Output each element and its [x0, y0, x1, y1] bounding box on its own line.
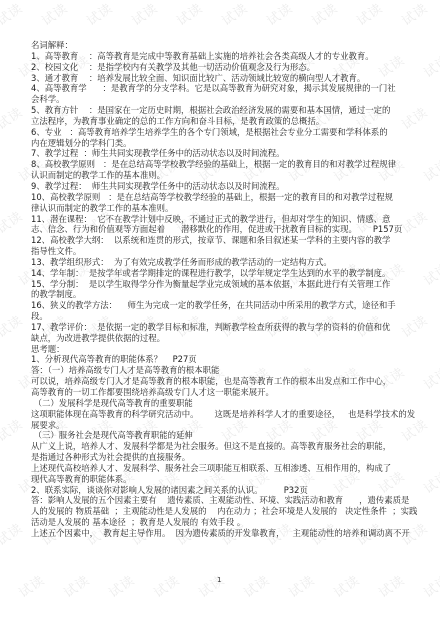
watermark-text: 试读 — [0, 518, 26, 550]
document-line: 高等教育的一切工作都要围绕培养高级专门人才这一职能来展开。 — [31, 387, 411, 398]
document-line: 1、高等教育 ：高等教育是完成中等教育基础上实施的培养社会各类高级人才的专业教育… — [31, 51, 411, 62]
document-line: 6、专业 ：高等教育培养学生培养学生的各个专门领域，是根据社会专业分工需要和学科… — [31, 127, 411, 138]
watermark-text: 试读 — [0, 310, 26, 342]
watermark-text: 试读 — [0, 0, 26, 29]
watermark-text: 试读 — [104, 570, 138, 602]
watermark-text: 试读 — [307, 0, 341, 29]
document-line: 11、潜在课程： 它不在教学计划中反映，不通过正式的教学进行，但却对学生的知识、… — [31, 214, 411, 225]
document-line: 答：（一）培养高级专门人才是高等教育的根本职能 — [31, 365, 411, 376]
watermark-text: 试读 — [262, 0, 296, 29]
document-line: 13、教学组织形式： 为了有效完成教学任务而形成的教学活动的一定结构方式。 — [31, 257, 411, 268]
document-line: 14、学年制： 是按学年或者学期排定的课程进行教学，以学年规定学生达到的水平的教… — [31, 268, 411, 279]
watermark-text: 试读 — [14, 570, 48, 602]
page-number: 1 — [217, 576, 221, 584]
document-line: 上述现代高校培养人才、发展科学、服务社会三项职能互相联系、互相渗透、互相作用的，… — [31, 463, 411, 474]
document-line: 12、高校教学大纲： 以系统和连贯的形式，按章节、课题和条目叙述某一学科的主要内… — [31, 235, 411, 246]
watermark-text: 试读 — [0, 102, 26, 134]
document-line: 5、教育方针 ：是国家在一定历史时期，根据社会政治经济发展的需要和基本国情，通过… — [31, 105, 411, 116]
watermark-text: 试读 — [127, 0, 161, 29]
document-line: 答：影响人发展的五个因素主要有 遗传素质、主观能动性、环境、实践活动和教育 ，遗… — [31, 495, 411, 506]
document-line: 2、校园文化 ：是指学校内有关教学及其他一切活动价值观念及行为形态。 — [31, 62, 411, 73]
document-line: 15、学分制： 是以学生取得学分作为衡量起学业完成领域的基本依据，本据此进行有关… — [31, 279, 411, 290]
document-line: 上述五个因素中， 教育起主导作用。 因为遗传素质的开发靠教育， 主观能动性的培养… — [31, 528, 411, 539]
document-line: 律认识而制定的教学工作的基本准则。 — [31, 203, 411, 214]
document-line: 从广义上说，培养人才、发展科学都是为社会服务。但这不是直接的。高等教育服务社会的… — [31, 441, 411, 452]
document-line: 人的发展的 物质基础 ；主观能动性是人发展的 内在动力 ；社会环境是人发展的 决… — [31, 506, 411, 517]
document-line: 活动是人发展的 基本途径 ；教育是人发展的 有效手段 。 — [31, 517, 411, 528]
document-line: （二）发展科学是现代高等教育的重要职能 — [31, 398, 411, 409]
document-line: 指导性文件。 — [31, 246, 411, 257]
document-line: 8、高校教学原则 ：是在总结高等学校教学经验的基础上，根据一定的教育目的和对教学… — [31, 159, 411, 170]
watermark-text: 试读 — [374, 570, 408, 602]
document-line: 17、教学评价： 是依据一定的教学目标和标准，判断教学检查所获得的教与学的资料的… — [31, 322, 411, 333]
watermark-text: 试读 — [194, 570, 228, 602]
watermark-text: 试读 — [0, 206, 26, 238]
document-line: 段。 — [31, 311, 411, 322]
document-line: 思考题： — [31, 344, 411, 355]
document-line: 10、高校教学原则 ：是在总结高等学校教学经验的基础上，根据一定的教育目的和对教… — [31, 192, 411, 203]
watermark-text: 试读 — [217, 0, 251, 29]
document-line: 是指通过各种形式为社会提供的直接服务。 — [31, 452, 411, 463]
document-line: 这项职能体现在高等教育的科学研究活动中。 这既是培养科学人才的重要途径， 也是科… — [31, 409, 411, 420]
watermark-text: 试读 — [419, 154, 440, 186]
watermark-text: 试读 — [37, 0, 71, 29]
document-line: 3、通才教育 ：培养发展比较全面、知识面比较广、活动领域比较宽的横向型人才教育。 — [31, 73, 411, 84]
document-line: 认识而制定的教学工作的基本准则。 — [31, 170, 411, 181]
document-line: 2、联系实际，谈谈你对影响人发展的诸因素之间关系的认识。 P32页 — [31, 485, 411, 496]
watermark-text: 试读 — [149, 570, 183, 602]
document-line: 现代高等教育的职能体系。 — [31, 474, 411, 485]
document-line: 16、狭义的教学方法： 师生为完成一定的教学任务，在共同活动中所采用的教学方式，… — [31, 300, 411, 311]
watermark-text: 试读 — [284, 570, 318, 602]
document-line: 的教学制度。 — [31, 289, 411, 300]
watermark-text: 试读 — [419, 50, 440, 82]
watermark-text: 试读 — [419, 466, 440, 498]
document-line: 展要求。 — [31, 420, 411, 431]
document-line: 9、教学过程： 师生共同实现教学任务中的活动状态以及时间流程。 — [31, 181, 411, 192]
document-line: 立法程序，为教育事业确定的总的工作方向和奋斗目标，是教育政策的总概括。 — [31, 116, 411, 127]
watermark-text: 试读 — [419, 258, 440, 290]
document-line: 会科学。 — [31, 94, 411, 105]
watermark-text: 试读 — [82, 0, 116, 29]
watermark-text: 试读 — [352, 0, 386, 29]
document-page: 名词解释：1、高等教育 ：高等教育是完成中等教育基础上实施的培养社会各类高级人才… — [31, 40, 411, 539]
watermark-text: 试读 — [329, 570, 363, 602]
document-line: 可以说，培养高级专门人才是高等教育的根本职能，也是高等教育工作的根本出发点和工作… — [31, 376, 411, 387]
document-line: 1、分析现代高等教育的职能体系？ P27页 — [31, 354, 411, 365]
document-line: 名词解释： — [31, 40, 411, 51]
document-line: 内在逻辑划分的学科门类。 — [31, 138, 411, 149]
document-line: 缺点，为改进教学提供依据的过程。 — [31, 333, 411, 344]
watermark-text: 试读 — [239, 570, 273, 602]
document-line: 志、信念、行为和价值观等方面起着 潜移默化的作用，促进或干扰教育目标的实现。 P… — [31, 224, 411, 235]
watermark-text: 试读 — [0, 414, 26, 446]
watermark-text: 试读 — [172, 0, 206, 29]
watermark-text: 试读 — [59, 570, 93, 602]
document-line: 4、高等教育学 ：是教育学的分支学科。它是以高等教育为研究对象，揭示其发展规律的… — [31, 83, 411, 94]
watermark-text: 试读 — [397, 0, 431, 29]
watermark-text: 试读 — [419, 362, 440, 394]
watermark-text: 试读 — [419, 570, 440, 602]
document-line: （三）服务社会是现代高等教育职能的延伸 — [31, 430, 411, 441]
document-line: 7、教学过程 ：师生共同实现教学任务中的活动状态以及时间流程。 — [31, 148, 411, 159]
